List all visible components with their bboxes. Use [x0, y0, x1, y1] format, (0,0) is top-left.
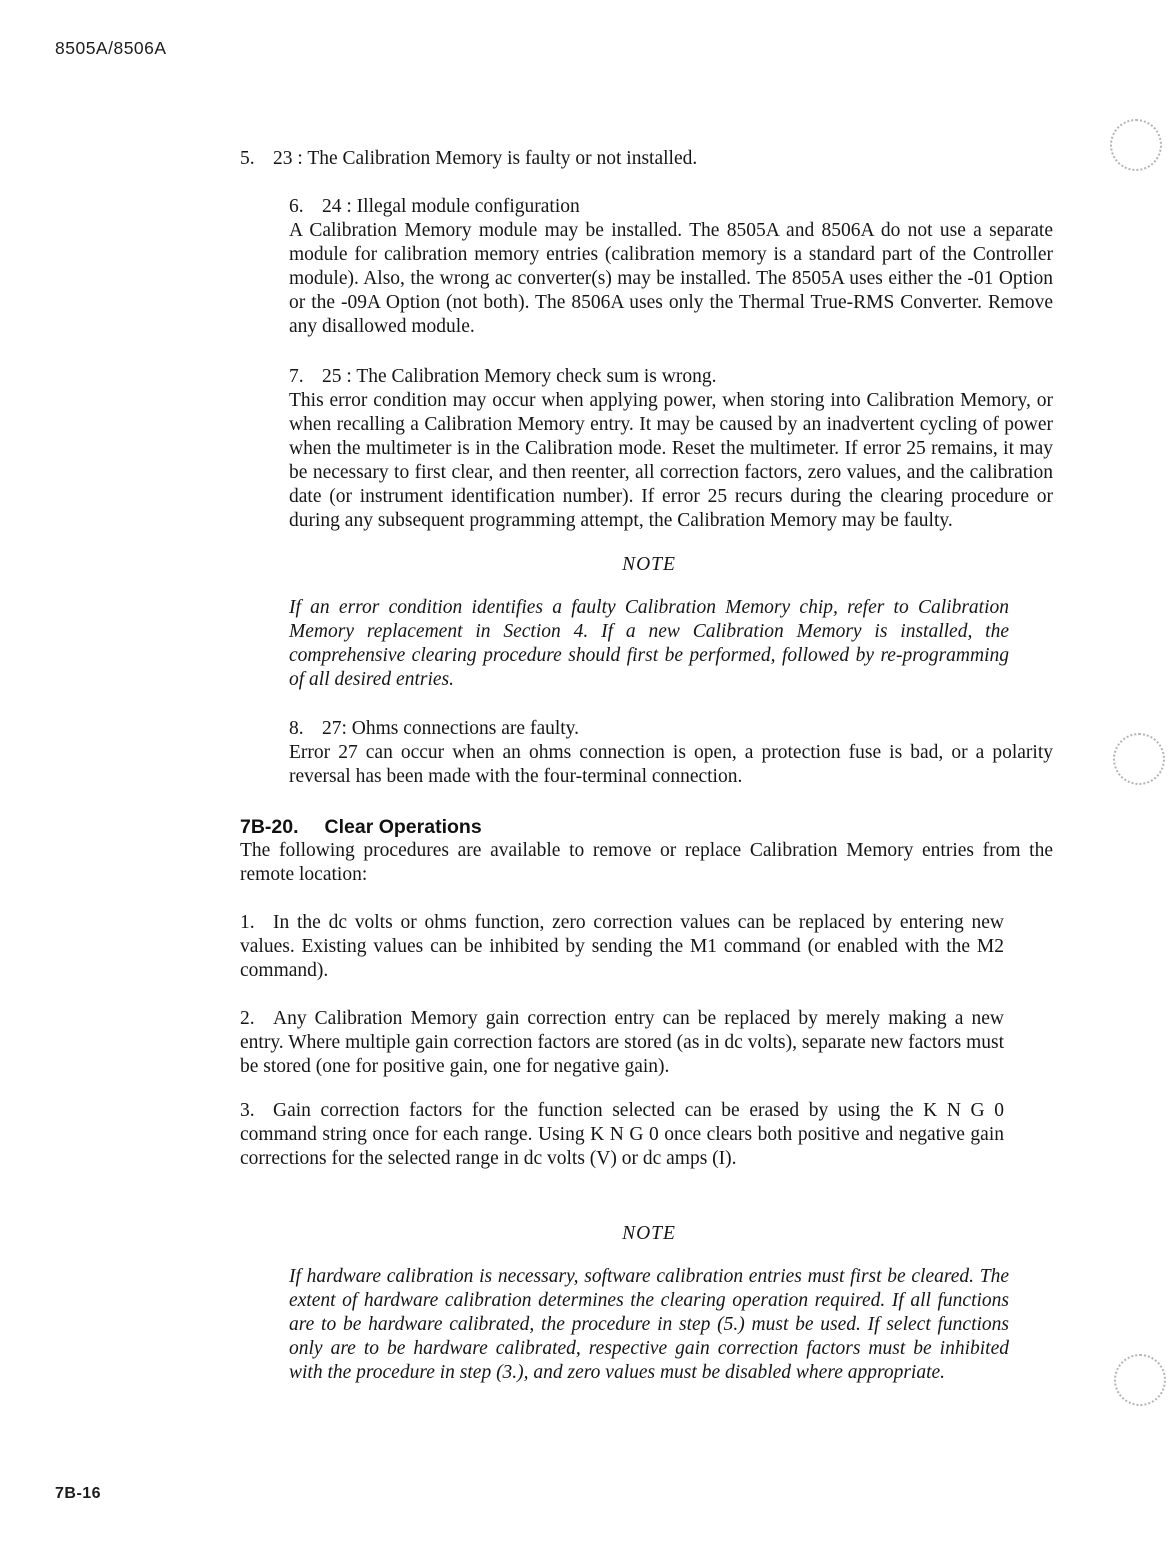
step-2-body: Any Calibration Memory gain correction e… — [240, 1008, 1004, 1077]
step-1-body: In the dc volts or ohms function, zero c… — [240, 912, 1004, 981]
error-item-6: 6.24 : Illegal module configuration A Ca… — [289, 195, 1053, 339]
error-item-6-number: 6. — [289, 195, 306, 219]
note-block-1: NOTE If an error condition identifies a … — [289, 553, 1009, 692]
error-item-7: 7.25 : The Calibration Memory check sum … — [289, 365, 1053, 533]
binder-hole-mark-top — [1110, 119, 1162, 171]
error-item-8-number: 8. — [289, 717, 306, 741]
note-block-2: NOTE If hardware calibration is necessar… — [289, 1222, 1009, 1385]
error-item-8-title: 27: Ohms connections are faulty. — [322, 718, 579, 739]
error-item-7-title: 25 : The Calibration Memory check sum is… — [322, 366, 716, 387]
step-1-number: 1. — [240, 911, 257, 935]
step-2-number: 2. — [240, 1007, 257, 1031]
binder-hole-mark-middle — [1113, 733, 1165, 785]
manual-page: 8505A/8506A 5.23 : The Calibration Memor… — [0, 0, 1176, 1544]
section-title: Clear Operations — [325, 816, 482, 838]
binder-hole-mark-bottom — [1114, 1354, 1166, 1406]
section-heading: 7B-20.Clear Operations — [240, 815, 1053, 839]
note-1-body: If an error condition identifies a fault… — [289, 596, 1009, 692]
error-item-5: 5.23 : The Calibration Memory is faulty … — [240, 147, 1004, 171]
error-item-6-body: A Calibration Memory module may be insta… — [289, 219, 1053, 339]
error-item-8-body: Error 27 can occur when an ohms connecti… — [289, 741, 1053, 789]
page-header-model-number: 8505A/8506A — [55, 38, 167, 59]
error-item-6-title: 24 : Illegal module configuration — [322, 196, 580, 217]
procedure-step-3: 3.Gain correction factors for the functi… — [240, 1099, 1004, 1171]
note-2-heading: NOTE — [289, 1222, 1009, 1246]
error-item-7-body: This error condition may occur when appl… — [289, 389, 1053, 533]
page-body: 5.23 : The Calibration Memory is faulty … — [240, 147, 1053, 1385]
step-3-body: Gain correction factors for the function… — [240, 1100, 1004, 1169]
error-item-7-number: 7. — [289, 365, 306, 389]
section-intro: The following procedures are available t… — [240, 839, 1053, 887]
procedure-step-2: 2.Any Calibration Memory gain correction… — [240, 1007, 1004, 1079]
step-3-number: 3. — [240, 1099, 257, 1123]
procedure-step-1: 1.In the dc volts or ohms function, zero… — [240, 911, 1004, 983]
error-item-8: 8.27: Ohms connections are faulty. Error… — [289, 717, 1053, 789]
page-number-footer: 7B-16 — [55, 1485, 101, 1503]
error-item-5-number: 5. — [240, 147, 257, 171]
section-number: 7B-20. — [240, 815, 299, 839]
note-2-body: If hardware calibration is necessary, so… — [289, 1265, 1009, 1385]
note-1-heading: NOTE — [289, 553, 1009, 577]
error-item-5-title: 23 : The Calibration Memory is faulty or… — [273, 148, 697, 169]
